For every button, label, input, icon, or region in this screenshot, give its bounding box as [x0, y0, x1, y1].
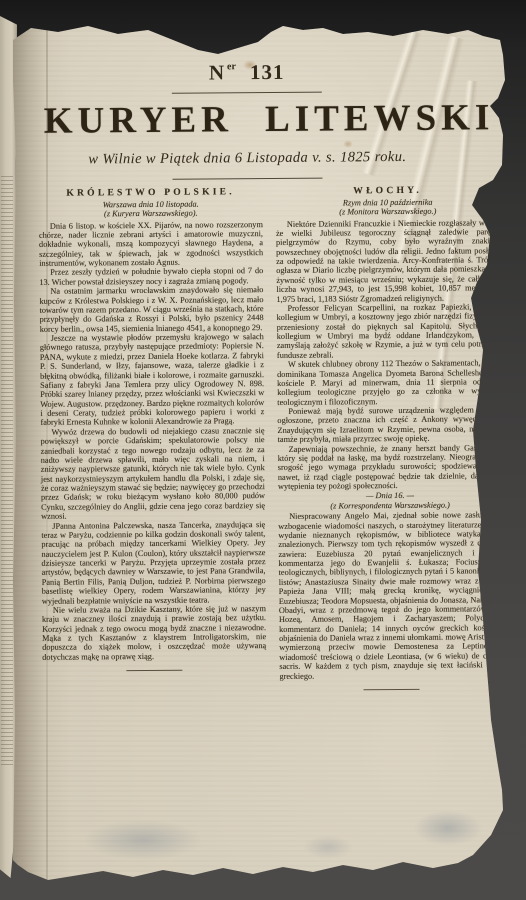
scanned-newspaper-page: { "header": { "issue_label": "N", "issue… [0, 0, 526, 900]
ink-stain [303, 835, 353, 859]
right-column-body: Niektóre Dzienniki Francuzkie i Niemieck… [276, 218, 502, 492]
paragraph: Jeszcze na wystawie płodów przemysłu kra… [40, 332, 265, 428]
subsection-source: (z Korrespondenta Warszawskiego.) [278, 500, 502, 511]
paragraph: Niespracowany Angelo Mai, zjednał sobie … [278, 510, 503, 681]
issue-superscript: er [227, 61, 236, 72]
article-columns: KRÓLESTWO POLSKIE. Warszawa dnia 10 list… [39, 185, 505, 693]
left-column: KRÓLESTWO POLSKIE. Warszawa dnia 10 list… [39, 187, 267, 693]
section-source: (z Monitora Warszawskiego.) [276, 206, 500, 217]
ink-stain [83, 820, 203, 860]
paragraph: Professor Felicyan Scarpellini, na rozka… [277, 302, 501, 360]
paragraph: Zapewniają powszechnie, że znany herszt … [278, 443, 502, 492]
left-column-body: Dnia 6 listop. w kościele XX. Pijarów, n… [39, 220, 266, 662]
ink-stain [481, 302, 507, 344]
issue-label: N [209, 60, 227, 84]
section-heading: KRÓLESTWO POLSKIE. [39, 187, 263, 200]
right-column: WŁOCHY. Rzym dnia 10 października (z Mon… [276, 185, 504, 691]
newspaper-title: KURYER LITEWSKI [38, 96, 500, 143]
newspaper-sheet: Ner131 KURYER LITEWSKI w Wilnie w Piątek… [13, 20, 505, 880]
issue-dateline: w Wilnie w Piątek dnia 6 Listopada v. s.… [16, 148, 478, 169]
section-source: (z Kuryera Warszawskiego). [39, 208, 263, 219]
subsection-body: Niespracowany Angelo Mai, zjednał sobie … [278, 510, 503, 681]
paragraph: W skutek chlubney obrony 112 Thezów o Sa… [277, 358, 501, 407]
issue-number-value: 131 [250, 60, 285, 84]
paragraph: Wywóz drzewa do budowli od niejakiego cz… [40, 426, 265, 522]
paragraph: Dnia 6 listop. w kościele XX. Pijarów, n… [39, 220, 263, 269]
paragraph: JPanna Antonina Palczewska, nasza Tancer… [41, 520, 266, 606]
paragraph: Przez zeszły tydzień w południe bywało c… [39, 267, 263, 288]
underlying-page-edge [0, 16, 17, 878]
dateline-divider-rule [173, 178, 323, 180]
ink-stain [413, 810, 483, 846]
page-content: Ner131 KURYER LITEWSKI w Wilnie w Piątek… [37, 42, 504, 693]
underlying-page-text-lines [1, 176, 13, 766]
paragraph: Nie wielu zważa na Dzikie Kasztany, któr… [42, 604, 266, 662]
header-divider-rule [172, 92, 322, 94]
paragraph: Na ostatnim jarmarku wrocławskim znaydow… [39, 285, 263, 334]
section-heading: WŁOCHY. [276, 185, 500, 198]
paragraph: Niektóre Dzienniki Francuzkie i Niemieck… [276, 218, 501, 304]
issue-number: Ner131 [16, 58, 478, 87]
paragraph: Ponieważ mają bydź surowe urządzenia wzg… [277, 405, 501, 444]
section-end-rule [364, 689, 420, 690]
section-end-rule [126, 670, 182, 671]
